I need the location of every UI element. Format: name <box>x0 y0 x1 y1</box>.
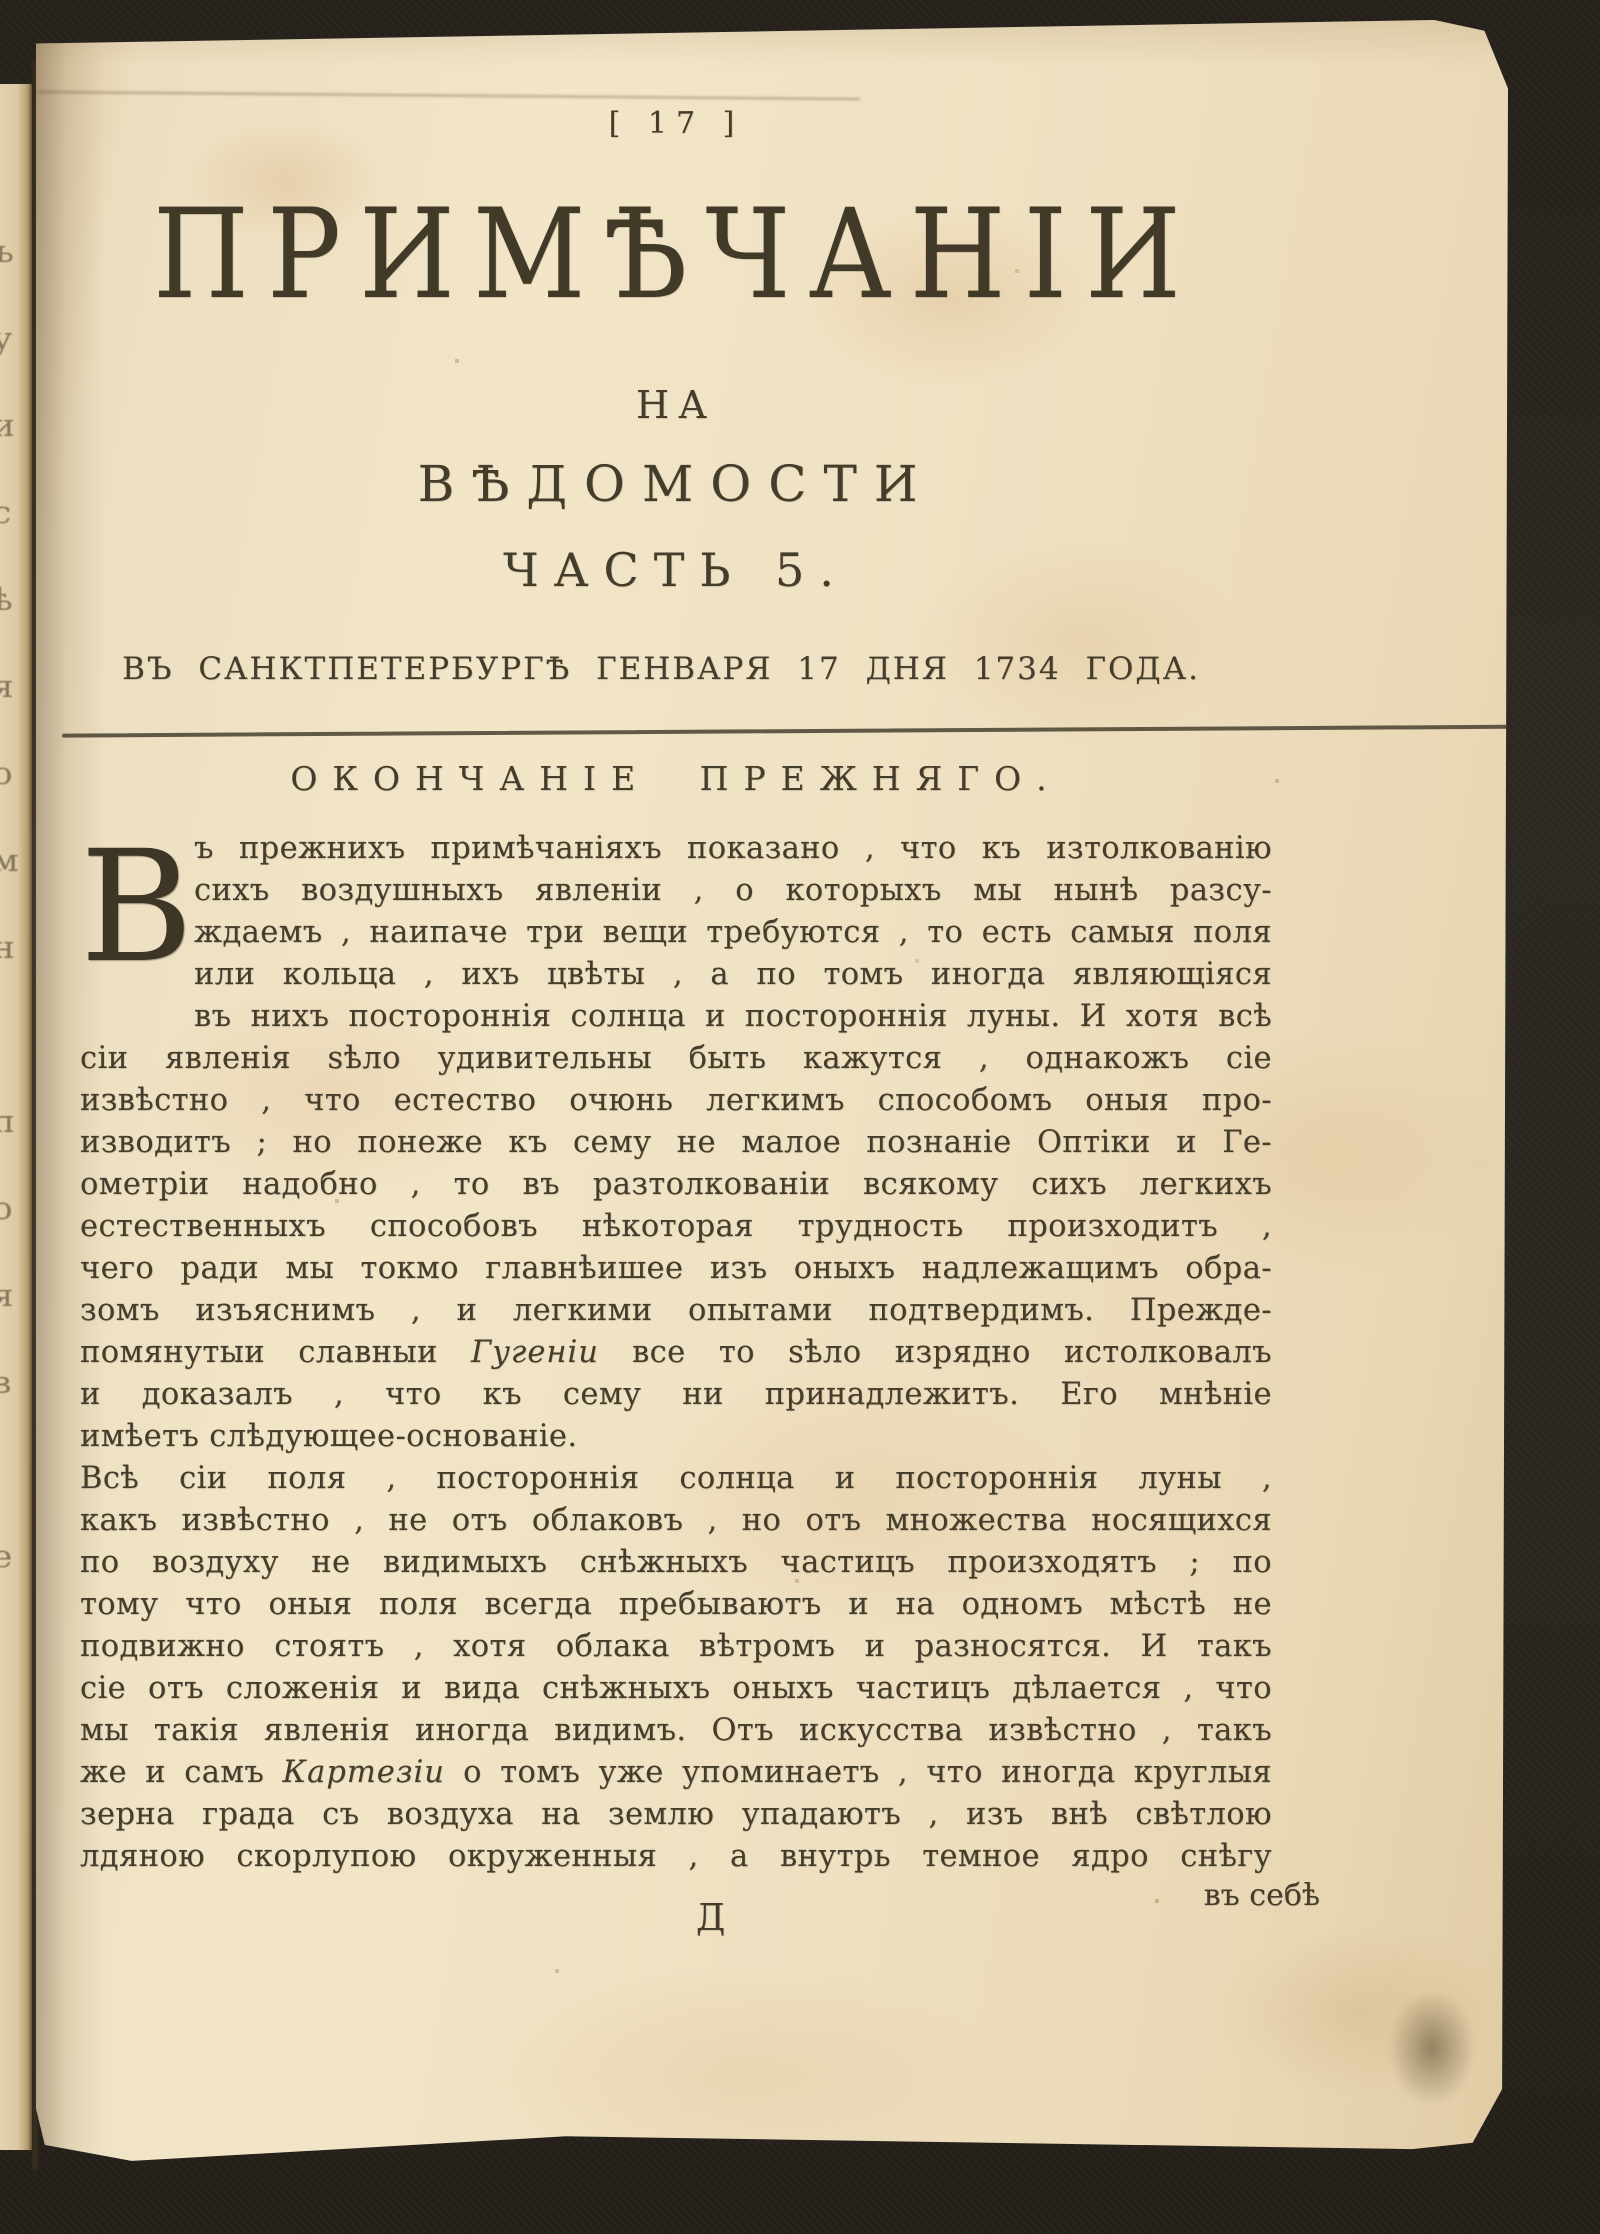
text-line: имѣетъ слѣдующее-основаніе. <box>80 1416 1272 1458</box>
text-line: и доказалъ , что къ сему ни принадлежитъ… <box>80 1374 1272 1416</box>
text-line: тому что оныя поля всегда пребываютъ и н… <box>80 1584 1272 1626</box>
text-line: изводитъ ; но понеже къ сему не малое по… <box>80 1122 1272 1164</box>
spine-text-fragment: в <box>0 1365 34 1452</box>
text-line: Всѣ сіи поля , постороннія солнца и пост… <box>80 1458 1272 1500</box>
text-line: сихъ воздушныхъ явленіи , о которыхъ мы … <box>80 870 1272 912</box>
text-line: чего ради мы токмо главнѣишее изъ оныхъ … <box>80 1248 1272 1290</box>
spine-text-fragment: е <box>0 1539 34 1626</box>
previous-page-edge: ъуисѣяомн,появ.е <box>0 84 32 2150</box>
catchword: въ себѣ <box>1204 1878 1320 1913</box>
spine-text-fragment: н <box>0 930 34 1017</box>
text-line: извѣстно , что естество очюнь легкимъ сп… <box>80 1080 1272 1122</box>
spine-text-fragment: о <box>0 756 34 843</box>
corner-smudge <box>1372 1968 1492 2128</box>
spine-text-fragment: о <box>0 1191 34 1278</box>
subtitle-vedomosti: ВѢДОМОСТИ <box>80 455 1272 513</box>
drop-cap: В <box>80 830 184 1000</box>
text-line: ъ прежнихъ примѣчаніяхъ показано , что к… <box>80 828 1272 870</box>
text-line: въ нихъ постороннія солнца и постороннія… <box>80 996 1272 1038</box>
paragraph-1: В ъ прежнихъ примѣчаніяхъ показано , что… <box>80 828 1272 1458</box>
page-number: [ 17 ] <box>80 106 1272 141</box>
photo-background: ъуисѣяомн,появ.е [ 17 ] ПРИМѢЧАНІИ НА ВѢ… <box>0 0 1600 2234</box>
text-line: зерна града съ воздуха на землю упадаютъ… <box>80 1794 1272 1836</box>
divider-rule <box>62 724 1566 737</box>
text-line: подвижно стоятъ , хотя облака вѣтромъ и … <box>80 1626 1272 1668</box>
spine-text-fragment: я <box>0 669 34 756</box>
spine-text-fragments: ъуисѣяомн,появ.е <box>0 84 32 1626</box>
text-line: сіе отъ сложенія и вида снѣжныхъ оныхъ ч… <box>80 1668 1272 1710</box>
section-heading: ОКОНЧАНІЕ ПРЕЖНЯГО. <box>80 759 1272 798</box>
text-line: зомъ изъяснимъ , и легкими опытами подтв… <box>80 1290 1272 1332</box>
spine-text-fragment: ѣ <box>0 582 34 669</box>
spine-text-fragment: . <box>0 1452 34 1539</box>
part-number: ЧАСТЬ 5. <box>80 543 1272 597</box>
spine-text-fragment: у <box>0 321 34 408</box>
text-line: или кольца , ихъ цвѣты , а по томъ иногд… <box>80 954 1272 996</box>
spine-text-fragment: с <box>0 495 34 582</box>
spine-text-fragment: ъ <box>0 234 34 321</box>
spine-text-fragment: п <box>0 1104 34 1191</box>
text-line: же и самъ Картезіи о томъ уже упоминаетъ… <box>80 1752 1272 1794</box>
text-line: естественныхъ способовъ нѣкоторая трудно… <box>80 1206 1272 1248</box>
text-line: какъ извѣстно , не отъ облаковъ , но отъ… <box>80 1500 1272 1542</box>
page-footer: Д въ себѣ <box>80 1886 1272 1956</box>
text-line: по воздуху не видимыхъ снѣжныхъ частицъ … <box>80 1542 1272 1584</box>
paragraph-2: Всѣ сіи поля , постороннія солнца и пост… <box>80 1458 1272 1878</box>
subtitle-na: НА <box>80 383 1272 427</box>
signature-mark: Д <box>696 1898 725 1939</box>
text-line: мы такія явленія иногда видимъ. Отъ иску… <box>80 1710 1272 1752</box>
spine-text-fragment: , <box>0 1017 34 1104</box>
text-line: лдяною скорлупою окруженныя , а внутрь т… <box>80 1836 1272 1878</box>
paragraph-1-lines: ъ прежнихъ примѣчаніяхъ показано , что к… <box>80 828 1272 1458</box>
spine-text-fragment: и <box>0 408 34 495</box>
page-content: [ 17 ] ПРИМѢЧАНІИ НА ВѢДОМОСТИ ЧАСТЬ 5. … <box>36 20 1508 2162</box>
text-line: помянутыи славныи Гугеніи все то ѕѣло из… <box>80 1332 1272 1374</box>
text-line: ждаемъ , наипаче три вещи требуются , то… <box>80 912 1272 954</box>
text-line: сіи явленія ѕѣло удивительны быть кажутс… <box>80 1038 1272 1080</box>
spine-text-fragment: я <box>0 1278 34 1365</box>
scanned-page: [ 17 ] ПРИМѢЧАНІИ НА ВѢДОМОСТИ ЧАСТЬ 5. … <box>36 20 1508 2162</box>
paper-specks <box>36 20 38 22</box>
imprint-line: ВЪ САНКТПЕТЕРБУРГѢ ГЕНВАРЯ 17 ДНЯ 1734 Г… <box>50 651 1272 687</box>
text-line: ометріи надобно , то въ разтолкованіи вс… <box>80 1164 1272 1206</box>
spine-text-fragment: м <box>0 843 34 930</box>
page-title: ПРИМѢЧАНІИ <box>80 187 1272 321</box>
